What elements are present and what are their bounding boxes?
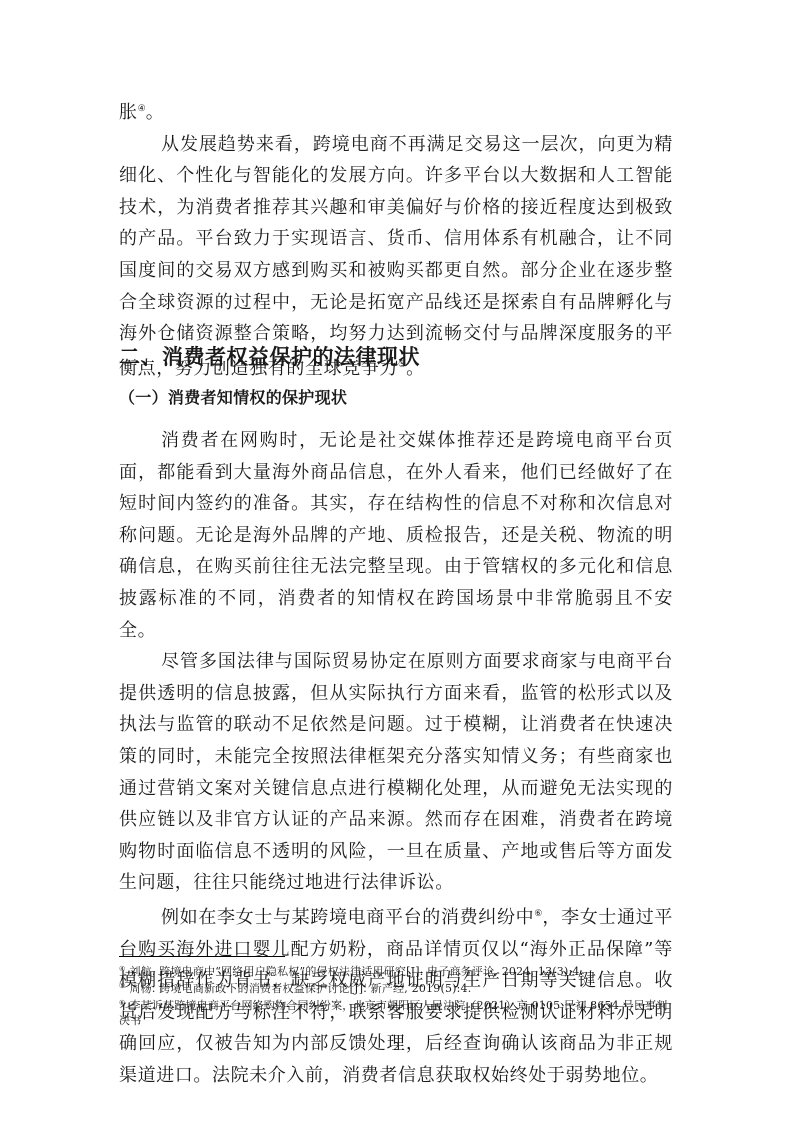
footnote-text: 李某诉某跨境电商平台网络购物合同纠纷案，北京市朝阳区人民法院（2021）京 01… (119, 999, 667, 1027)
subsection-heading: （一）消费者知情权的保护现状 (119, 383, 347, 413)
paragraph-end: 。 (146, 102, 165, 123)
section-heading: 二、消费者权益保护的法律现状 (119, 341, 420, 373)
footnote-5: ⑤周杨. 跨境电商新政下的消费者权益保护讨论[J]. 新产经, 2019(5):… (119, 979, 675, 996)
footnote-separator (119, 956, 285, 957)
footnote-mark: ④ (119, 965, 125, 973)
page-number: 2 (0, 1039, 793, 1054)
paragraph-continuation: 胀④。 (119, 94, 673, 129)
footnote-mark: ⑥ (119, 999, 125, 1007)
document-page: 胀④。 从发展趋势来看，跨境电商不再满足交易这一层次，向更为精细化、个性化与智能… (0, 0, 793, 1122)
footnote-ref-4[interactable]: ④ (138, 104, 146, 114)
footnote-text: 刘航. 跨境电商中“网络用户隐私权”的侵权法律适用研究[J]. 电子商务评论, … (129, 965, 583, 978)
footnote-text: 周杨. 跨境电商新政下的消费者权益保护讨论[J]. 新产经, 2019(5):4… (129, 982, 471, 995)
footnote-4: ④刘航. 跨境电商中“网络用户隐私权”的侵权法律适用研究[J]. 电子商务评论,… (119, 962, 675, 979)
paragraph-text: 胀 (119, 102, 138, 123)
footnote-6: ⑥李某诉某跨境电商平台网络购物合同纠纷案，北京市朝阳区人民法院（2021）京 0… (119, 996, 675, 1028)
paragraph-text: 例如在李女士与某跨境电商平台的消费纠纷中 (161, 907, 534, 928)
paragraph-regulation: 尽管多国法律与国际贸易协定在原则方面要求商家与电商平台提供透明的信息披露，但从实… (119, 646, 673, 899)
paragraph-info-asymmetry: 消费者在网购时，无论是社交媒体推荐还是跨境电商平台页面，都能看到大量海外商品信息… (119, 425, 673, 646)
footnotes: ④刘航. 跨境电商中“网络用户隐私权”的侵权法律适用研究[J]. 电子商务评论,… (119, 962, 675, 1028)
footnote-mark: ⑤ (119, 982, 125, 990)
